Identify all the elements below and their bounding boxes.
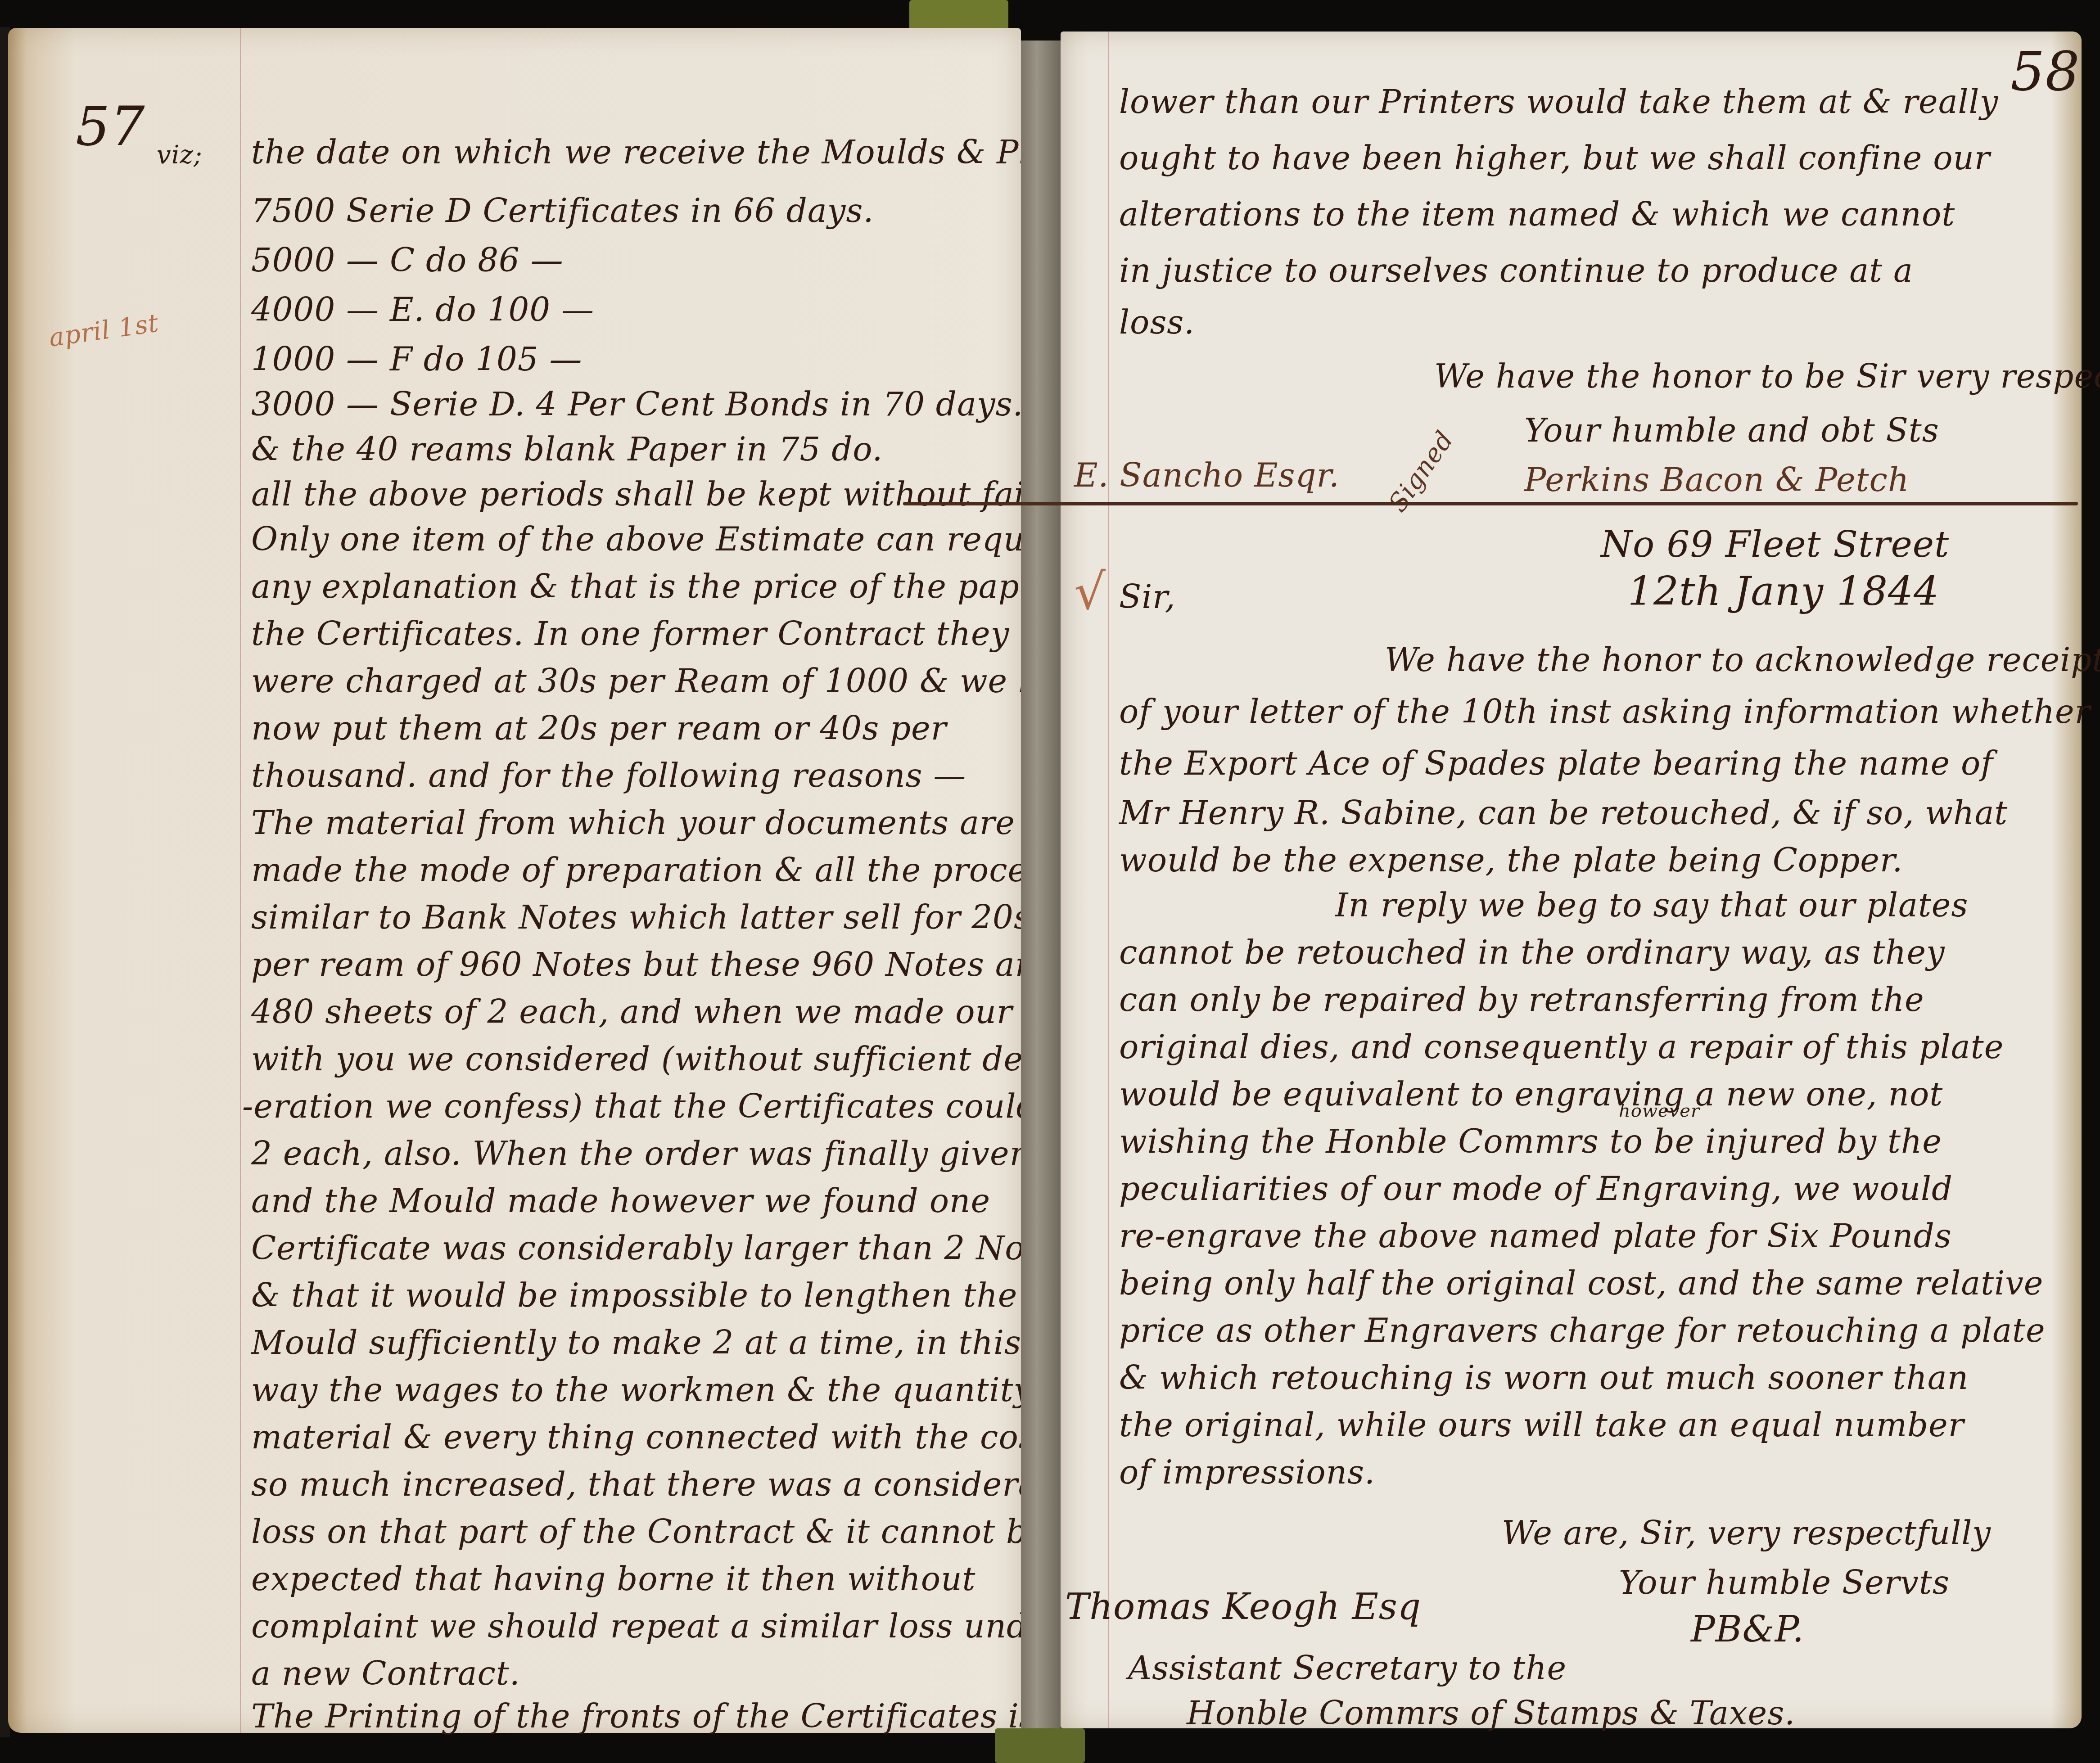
text-line: way the wages to the workmen & the quant… <box>251 1374 1075 1406</box>
text-line: of impressions. <box>1119 1456 1375 1488</box>
left-page: 57 viz; april 1st the date on which we r… <box>8 28 1021 1733</box>
text-line: Only one item of the above Estimate can … <box>251 523 1071 555</box>
letter-date: 12th Jany 1844 <box>1628 572 1939 611</box>
text-line: alterations to the item named & which we… <box>1119 198 1955 230</box>
margin-rule <box>1108 32 1109 1728</box>
text-line: complaint we should repeat a similar los… <box>251 1610 1063 1642</box>
closing-line: Your humble and obt Sts <box>1524 414 1939 446</box>
text-line: thousand. and for the following reasons … <box>251 759 966 792</box>
text-line: We have the honor to acknowledge receipt <box>1385 644 2100 676</box>
letter-address: No 69 Fleet Street <box>1601 527 1949 563</box>
text-line: peculiarities of our mode of Engraving, … <box>1119 1172 1953 1205</box>
signature: PB&P. <box>1691 1611 1804 1647</box>
text-line: and the Mould made however we found one <box>251 1185 990 1217</box>
section-divider <box>903 502 2078 505</box>
text-line: the date on which we receive the Moulds … <box>251 136 1111 168</box>
text-line: expected that having borne it then witho… <box>251 1563 976 1595</box>
text-line: cannot be retouched in the ordinary way,… <box>1119 936 1945 969</box>
text-line: Certificate was considerably larger than… <box>251 1232 1075 1264</box>
text-line: the Export Ace of Spades plate bearing t… <box>1119 747 1993 780</box>
text-line: price as other Engravers charge for reto… <box>1119 1314 2046 1347</box>
text-line: loss on that part of the Contract & it c… <box>251 1515 1047 1548</box>
text-line: all the above periods shall be kept with… <box>251 478 1047 510</box>
margin-rule <box>240 28 241 1733</box>
addressee-org: Honble Commrs of Stamps & Taxes. <box>1187 1697 1795 1729</box>
text-line: 4000 — E. do 100 — <box>251 293 594 326</box>
text-line: 7500 Serie D Certificates in 66 days. <box>251 194 874 227</box>
salutation: Sir, <box>1119 581 1176 613</box>
text-line: of your letter of the 10th inst asking i… <box>1119 695 2091 728</box>
page-number: 57 <box>76 95 145 158</box>
text-line: with you we considered (without sufficie… <box>251 1043 1078 1075</box>
text-line: original dies, and consequently a repair… <box>1119 1031 2004 1063</box>
text-line: re-engrave the above named plate for Six… <box>1119 1220 1952 1252</box>
text-line: 5000 — C do 86 — <box>251 244 564 276</box>
text-line: so much increased, that there was a cons… <box>251 1468 1089 1501</box>
text-line: The Printing of the fronts of the Certif… <box>251 1700 1115 1732</box>
text-line: 2 each, also. When the order was finally… <box>251 1137 1031 1170</box>
margin-note-date: april 1st <box>47 308 161 353</box>
text-line: wishing the Honble Commrs to be injured … <box>1119 1125 1942 1158</box>
page-number: 58 <box>2010 41 2080 103</box>
text-line: & that it would be impossible to lengthe… <box>251 1279 1017 1312</box>
text-line: lower than our Printers would take them … <box>1119 86 1998 118</box>
addressee: E. Sancho Esqr. <box>1074 459 1340 491</box>
text-line: would be the expense, the plate being Co… <box>1119 844 1903 876</box>
text-line: The material from which your documents a… <box>251 807 1015 839</box>
text-line: any explanation & that is the price of t… <box>251 570 1114 603</box>
addressee-name: Thomas Keogh Esq <box>1065 1589 1421 1625</box>
text-line: & which retouching is worn out much soon… <box>1119 1362 1969 1394</box>
text-line: material & every thing connected with th… <box>251 1421 1125 1453</box>
text-line: 3000 — Serie D. 4 Per Cent Bonds in 70 d… <box>251 388 1023 420</box>
text-line: made the mode of preparation & all the p… <box>251 854 1100 886</box>
closing-line: Your humble Servts <box>1619 1566 1950 1599</box>
text-line: per ream of 960 Notes but these 960 Note… <box>251 948 1093 981</box>
text-line: now put them at 20s per ream or 40s per <box>251 712 947 744</box>
interlinear-note: however <box>1619 1100 1700 1121</box>
text-line: 1000 — F do 105 — <box>251 343 583 375</box>
text-line: Mr Henry R. Sabine, can be retouched, & … <box>1119 797 2008 829</box>
signature: Perkins Bacon & Petch <box>1524 464 1909 496</box>
text-line: loss. <box>1119 306 1195 338</box>
closing-line: We are, Sir, very respectfully <box>1502 1517 1991 1549</box>
text-line: were charged at 30s per Ream of 1000 & w… <box>251 665 1098 697</box>
text-line: the Certificates. In one former Contract… <box>251 618 1009 650</box>
right-page: 58 lower than our Printers would take th… <box>1061 32 2082 1728</box>
text-line: ought to have been higher, but we shall … <box>1119 142 1990 174</box>
text-line: similar to Bank Notes which latter sell … <box>251 901 1031 933</box>
ribbon-bookmark-bottom <box>995 1728 1085 1763</box>
text-line: -eration we confess) that the Certificat… <box>242 1090 1132 1123</box>
text-line: Mould sufficiently to make 2 at a time, … <box>251 1326 1021 1359</box>
text-line: would be equivalent to engraving a new o… <box>1119 1078 1943 1110</box>
text-line: In reply we beg to say that our plates <box>1335 889 1968 921</box>
text-line: & the 40 reams blank Paper in 75 do. <box>251 433 883 465</box>
text-line: in justice to ourselves continue to prod… <box>1119 254 1913 287</box>
addressee-title: Assistant Secretary to the <box>1128 1652 1567 1684</box>
text-line: being only half the original cost, and t… <box>1119 1267 2043 1299</box>
text-line: the original, while ours will take an eq… <box>1119 1409 1964 1441</box>
text-line: can only be repaired by retransferring f… <box>1119 983 1924 1016</box>
closing-line: We have the honor to be Sir very respect… <box>1434 360 2100 392</box>
checkmark-icon: √ <box>1074 567 1106 617</box>
ribbon-bookmark-top <box>909 0 1008 32</box>
text-line: a new Contract. <box>251 1657 520 1690</box>
margin-note-viz: viz; <box>157 140 203 170</box>
book-gutter <box>1021 41 1061 1733</box>
